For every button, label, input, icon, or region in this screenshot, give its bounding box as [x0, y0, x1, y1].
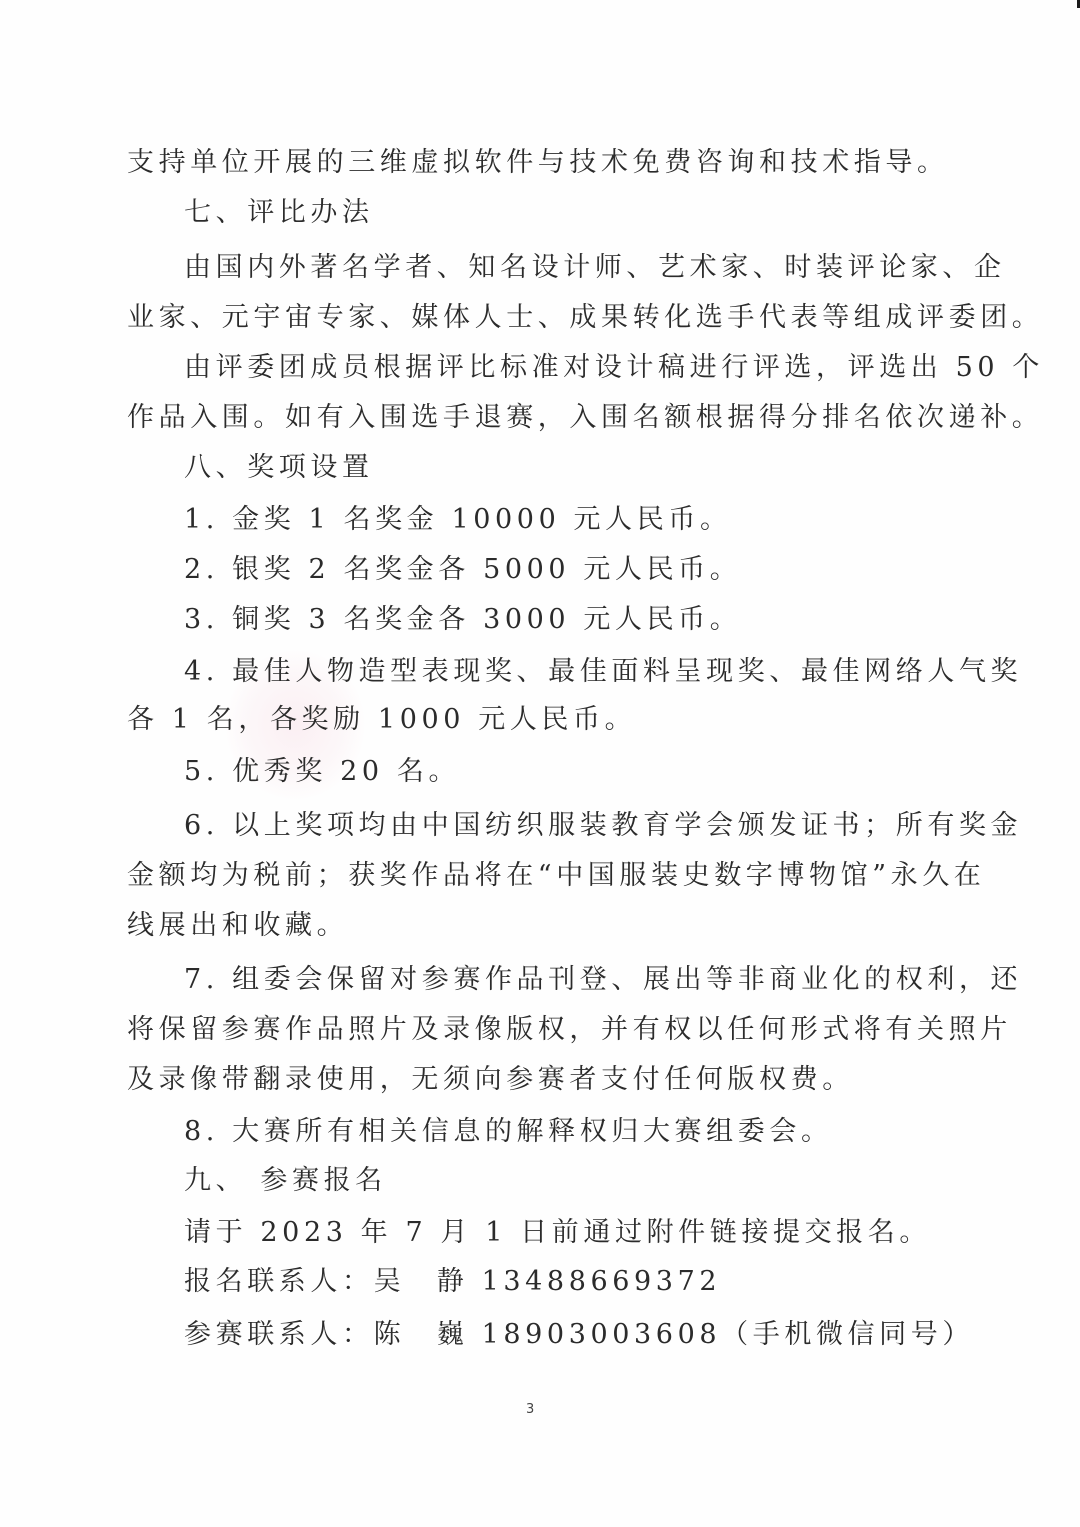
award-note-2: 金额均为税前；获奖作品将在“中国服装史数字博物馆”永久在	[127, 859, 957, 893]
rights-clause-1: 7. 组委会保留对参赛作品刊登、展出等非商业化的权利，还	[184, 963, 1014, 997]
award-item-special-1: 4. 最佳人物造型表现奖、最佳面料呈现奖、最佳网络人气奖	[184, 655, 1014, 689]
rights-clause-3: 及录像带翻录使用，无须向参赛者支付任何版权费。	[127, 1063, 957, 1097]
paragraph-line-jury-2: 业家、元宇宙专家、媒体人士、成果转化选手代表等组成评委团。	[127, 301, 957, 335]
award-item-special-2: 各 1 名，各奖励 1000 元人民币。	[127, 703, 957, 737]
award-item-excellence: 5. 优秀奖 20 名。	[184, 755, 1014, 789]
registration-contact: 报名联系人：吴 静 13488669372	[184, 1265, 1014, 1299]
rights-clause-2: 将保留参赛作品照片及录像版权，并有权以任何形式将有关照片	[127, 1013, 957, 1047]
interpretation-clause: 8. 大赛所有相关信息的解释权归大赛组委会。	[184, 1115, 1014, 1149]
page-number: 3	[526, 1402, 534, 1417]
paragraph-line-selection-2: 作品入围。如有入围选手退赛，入围名额根据得分排名依次递补。	[127, 401, 957, 435]
registration-deadline: 请于 2023 年 7 月 1 日前通过附件链接提交报名。	[184, 1216, 1014, 1250]
paragraph-line-selection-1: 由评委团成员根据评比标准对设计稿进行评选，评选出 50 个	[184, 351, 1014, 385]
section-heading-registration: 九、 参赛报名	[184, 1164, 1014, 1198]
award-item-gold: 1. 金奖 1 名奖金 10000 元人民币。	[184, 503, 1014, 537]
award-note-3: 线展出和收藏。	[127, 909, 957, 943]
section-heading-evaluation: 七、评比办法	[184, 196, 1014, 230]
document-page: 支持单位开展的三维虚拟软件与技术免费咨询和技术指导。 七、评比办法 由国内外著名…	[0, 0, 1080, 1527]
award-item-silver: 2. 银奖 2 名奖金各 5000 元人民币。	[184, 553, 1014, 587]
paragraph-line-jury-1: 由国内外著名学者、知名设计师、艺术家、时装评论家、企	[184, 251, 1014, 285]
award-note-1: 6. 以上奖项均由中国纺织服装教育学会颁发证书；所有奖金	[184, 809, 1014, 843]
section-heading-awards: 八、奖项设置	[184, 451, 1014, 485]
competition-contact: 参赛联系人：陈 巍 18903003608（手机微信同号）	[184, 1318, 1014, 1352]
paragraph-line-support: 支持单位开展的三维虚拟软件与技术免费咨询和技术指导。	[127, 146, 957, 180]
award-item-bronze: 3. 铜奖 3 名奖金各 3000 元人民币。	[184, 603, 1014, 637]
